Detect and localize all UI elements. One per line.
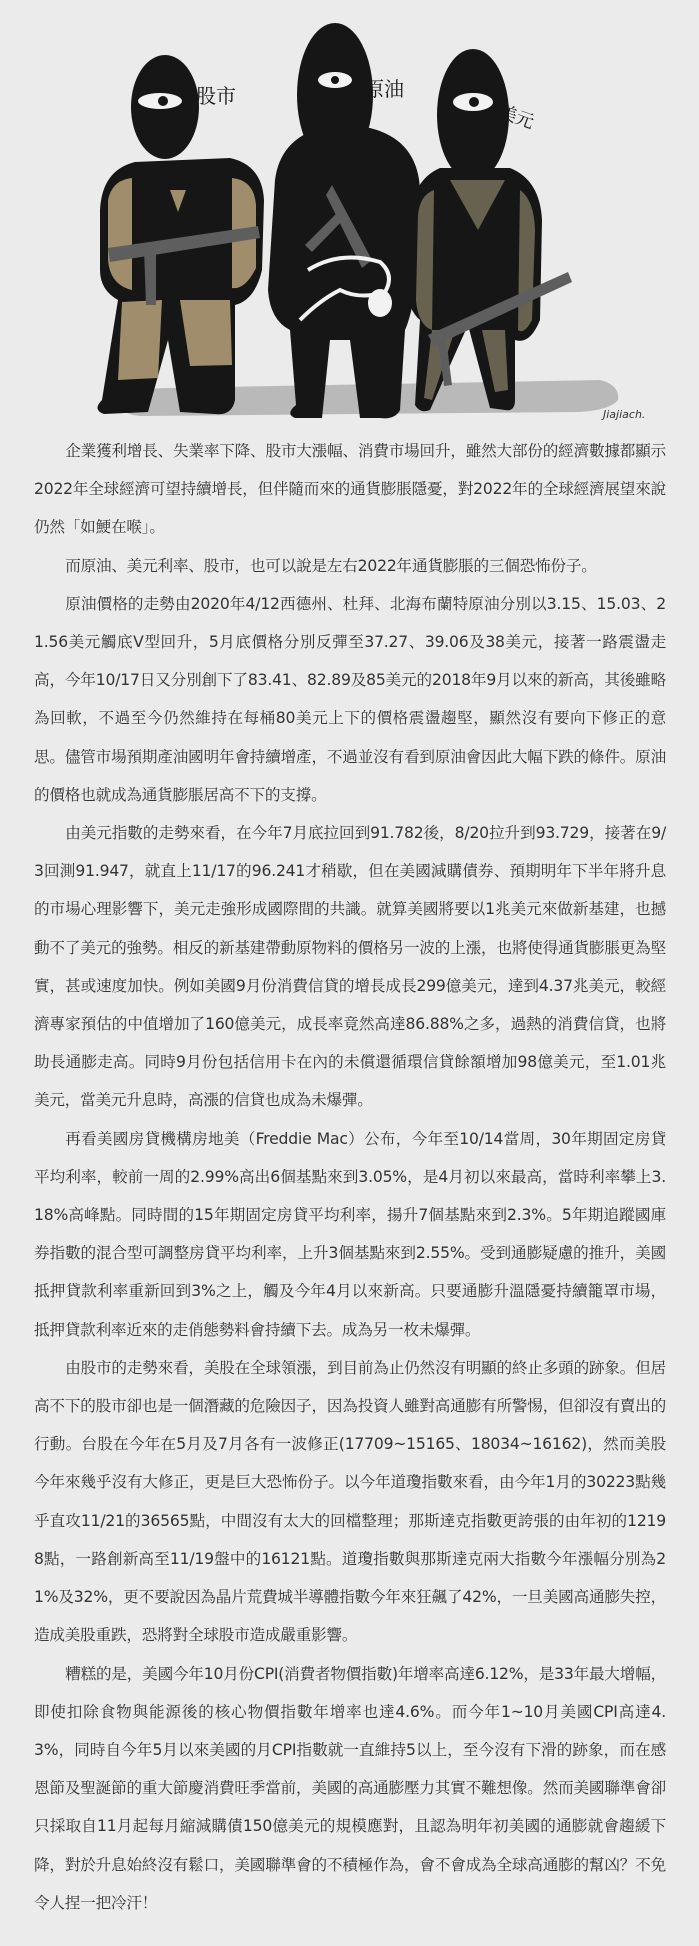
paragraph-cpi: 糟糕的是，美國今年10月份CPI(消費者物價指數)年增率高達6.12%，是33年… <box>34 1655 666 1922</box>
paragraph-three-terrorists: 而原油、美元利率、股市，也可以說是左右2022年通貨膨脹的三個恐怖份子。 <box>34 547 666 585</box>
paragraph-us-dollar: 由美元指數的走勢來看，在今年7月底拉回到91.782後，8/20拉升到93.72… <box>34 814 666 1120</box>
artist-signature: Jiajiach. <box>601 408 645 421</box>
paragraph-stock-market: 由股市的走勢來看，美股在全球領漲，到目前為止仍然沒有明顯的終止多頭的跡象。但居高… <box>34 1349 666 1655</box>
three-masked-figures-image: 股市 原油 美元 Jiajiach. <box>0 0 699 430</box>
right-figure-us-dollar <box>408 49 572 411</box>
label-stock-market: 股市 <box>196 84 236 108</box>
paragraph-intro: 企業獲利增長、失業率下降、股市大漲幅、消費市場回升，雖然大部份的經濟數據都顯示2… <box>34 432 666 547</box>
paragraph-mortgage-rates: 再看美國房貸機構房地美（Freddie Mac）公布，今年至10/14當周，30… <box>34 1120 666 1349</box>
article-body: 企業獲利增長、失業率下降、股市大漲幅、消費市場回升，雖然大部份的經濟數據都顯示2… <box>34 432 666 1922</box>
label-crude-oil: 原油 <box>364 77 404 101</box>
left-figure-stock-market <box>97 55 264 414</box>
article-illustration: 股市 原油 美元 Jiajiach. <box>0 0 699 430</box>
paragraph-crude-oil: 原油價格的走勢由2020年4/12西德州、杜拜、北海布蘭特原油分別以3.15、1… <box>34 585 666 814</box>
